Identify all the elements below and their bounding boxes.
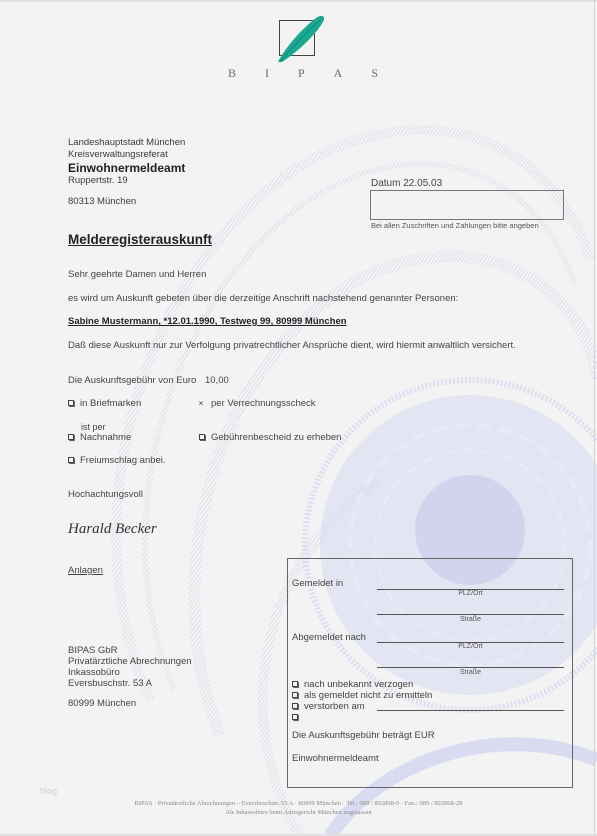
- logo-letter: S: [371, 66, 378, 81]
- signature: Harald Becker: [68, 521, 157, 538]
- checkbox-icon[interactable]: [292, 703, 298, 709]
- sender-line: BIPAS GbR: [68, 645, 192, 656]
- closing: Hochachtungsvoll: [68, 489, 143, 500]
- recipient-city: 80313 München: [68, 196, 185, 208]
- sender-line: Inkassobüro: [68, 667, 192, 678]
- date-label: Datum 22.05.03: [371, 178, 442, 189]
- option-label: Gebührenbescheid zu erheben: [211, 432, 341, 443]
- checkbox-icon[interactable]: [292, 681, 298, 687]
- logo-letter: I: [265, 66, 269, 81]
- logo-letter: A: [334, 66, 343, 81]
- checkbox-icon[interactable]: [68, 434, 74, 440]
- letter-subject: Melderegisterauskunft: [68, 232, 212, 247]
- recipient-office: Einwohnermeldeamt: [68, 161, 185, 175]
- page-edge-right: [594, 0, 595, 836]
- plz-ort-caption: PLZ/Ort: [377, 643, 564, 650]
- option-not-found[interactable]: als gemeldet nicht zu ermitteln: [292, 690, 432, 701]
- option-other[interactable]: [292, 712, 304, 723]
- reply-office: Einwohnermeldeamt: [292, 753, 379, 764]
- option-label: in Briefmarken: [80, 398, 141, 409]
- recipient-address: Landeshauptstadt München Kreisverwaltung…: [68, 137, 185, 208]
- option-label: Freiumschlag anbei.: [80, 455, 166, 466]
- checkbox-icon[interactable]: [68, 457, 74, 463]
- logo-wordmark: B I P A S: [228, 66, 378, 81]
- recipient-line: Kreisverwaltungsreferat: [68, 149, 185, 161]
- fee-value: 10,00: [205, 375, 229, 386]
- option-briefmarken[interactable]: in Briefmarken: [68, 398, 141, 409]
- ist-per-label: ist per: [81, 422, 106, 432]
- request-text: es wird um Auskunft gebeten über die der…: [68, 293, 458, 304]
- option-label: per Verrechnungsscheck: [211, 398, 316, 409]
- strasse-caption: Straße: [377, 616, 564, 623]
- fee-label: Die Auskunftsgebühr von Euro: [68, 375, 196, 386]
- page-edge-top: [0, 0, 597, 2]
- sender-address: BIPAS GbR Privatärztliche Abrechnungen I…: [68, 645, 192, 709]
- checkbox-icon[interactable]: [292, 714, 298, 720]
- checkbox-icon[interactable]: [68, 400, 74, 406]
- option-nachnahme[interactable]: Nachnahme: [68, 432, 131, 443]
- option-label: verstorben am: [304, 701, 365, 712]
- sender-street: Eversbuschstr. 53 A: [68, 678, 192, 689]
- logo-letter: P: [298, 66, 305, 81]
- watermark-blog-text: blog: [40, 786, 57, 796]
- feather-icon: [270, 12, 330, 68]
- option-deceased[interactable]: verstorben am: [292, 701, 365, 712]
- option-label: nach unbekannt verzogen: [304, 679, 413, 690]
- plz-ort-caption: PLZ/Ort: [377, 590, 564, 597]
- option-label: als gemeldet nicht zu ermitteln: [304, 690, 432, 701]
- option-freiumschlag[interactable]: Freiumschlag anbei.: [68, 455, 166, 466]
- sender-line: Privatärztliche Abrechnungen: [68, 656, 192, 667]
- logo-letter: B: [228, 66, 236, 81]
- registered-street-field[interactable]: [377, 614, 564, 615]
- option-gebuehrenbescheid[interactable]: Gebührenbescheid zu erheben: [199, 432, 341, 443]
- footer-line-1: BIPAS · Privatärztliche Abrechnungen – E…: [0, 800, 597, 807]
- option-verrechnungsscheck[interactable]: ×per Verrechnungsscheck: [197, 398, 316, 409]
- reference-field[interactable]: [370, 190, 564, 220]
- checkbox-icon[interactable]: [292, 692, 298, 698]
- person-details: Sabine Mustermann, *12.01.1990, Testweg …: [68, 316, 347, 327]
- reply-form-box: Gemeldet in PLZ/Ort Straße Abgemeldet na…: [287, 558, 573, 788]
- assurance-text: Daß diese Auskunft nur zur Verfolgung pr…: [68, 340, 516, 351]
- reference-caption: Bei allen Zuschriften und Zahlungen bitt…: [371, 221, 539, 230]
- deregistered-street-field[interactable]: [377, 667, 564, 668]
- deregistered-to-label: Abgemeldet nach: [292, 632, 366, 643]
- salutation: Sehr geehrte Damen und Herren: [68, 269, 206, 280]
- sender-city: 80999 München: [68, 698, 192, 709]
- deceased-date-field[interactable]: [377, 710, 564, 711]
- checked-x-icon[interactable]: ×: [197, 399, 205, 408]
- option-unknown-moved[interactable]: nach unbekannt verzogen: [292, 679, 413, 690]
- footer-line-2: Als Inkassobüro beim Amtsgericht München…: [0, 809, 597, 816]
- reply-fee-text: Die Auskunftsgebühr beträgt EUR: [292, 730, 435, 741]
- option-label: Nachnahme: [80, 432, 131, 443]
- fee-line: Die Auskunftsgebühr von Euro 10,00: [68, 375, 229, 386]
- strasse-caption: Straße: [377, 669, 564, 676]
- attachments-label: Anlagen: [68, 565, 103, 576]
- recipient-line: Landeshauptstadt München: [68, 137, 185, 149]
- recipient-street: Ruppertstr. 19: [68, 175, 185, 187]
- checkbox-icon[interactable]: [199, 434, 205, 440]
- registered-in-label: Gemeldet in: [292, 578, 343, 589]
